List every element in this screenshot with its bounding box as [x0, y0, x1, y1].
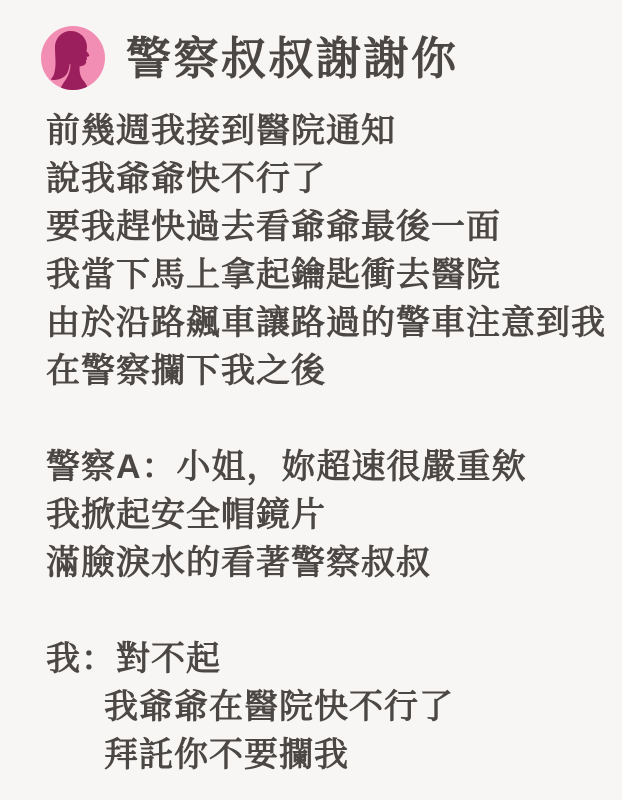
- story-paragraph-2: 警察A：小姐，妳超速很嚴重欸 我掀起安全帽鏡片 滿臉淚水的看著警察叔叔: [46, 443, 622, 587]
- story-card: 警察叔叔謝謝你 前幾週我接到醫院通知 說我爺爺快不行了 要我趕快過去看爺爺最後一…: [0, 0, 622, 800]
- story-paragraph-1: 前幾週我接到醫院通知 說我爺爺快不行了 要我趕快過去看爺爺最後一面 我當下馬上拿…: [46, 107, 622, 395]
- story-line: 滿臉淚水的看著警察叔叔: [46, 539, 622, 587]
- story-line: 拜託你不要攔我: [46, 731, 622, 779]
- story-line: 警察A：小姐，妳超速很嚴重欸: [46, 443, 622, 491]
- story-line: 在警察攔下我之後: [46, 347, 622, 395]
- story-line: 說我爺爺快不行了: [46, 155, 622, 203]
- story-paragraph-3: 我：對不起 我爺爺在醫院快不行了 拜託你不要攔我: [46, 635, 622, 779]
- story-line: 我掀起安全帽鏡片: [46, 491, 622, 539]
- story-line: 前幾週我接到醫院通知: [46, 107, 622, 155]
- story-line: 要我趕快過去看爺爺最後一面: [46, 203, 622, 251]
- story-header: 警察叔叔謝謝你: [41, 26, 622, 90]
- story-line: 我爺爺在醫院快不行了: [46, 683, 622, 731]
- story-line: 由於沿路飆車讓路過的警車注意到我: [46, 299, 622, 347]
- female-profile-avatar-icon: [41, 26, 105, 90]
- story-body: 前幾週我接到醫院通知 說我爺爺快不行了 要我趕快過去看爺爺最後一面 我當下馬上拿…: [41, 107, 622, 779]
- page-title: 警察叔叔謝謝你: [126, 36, 459, 81]
- story-line: 我當下馬上拿起鑰匙衝去醫院: [46, 251, 622, 299]
- story-line: 我：對不起: [46, 635, 622, 683]
